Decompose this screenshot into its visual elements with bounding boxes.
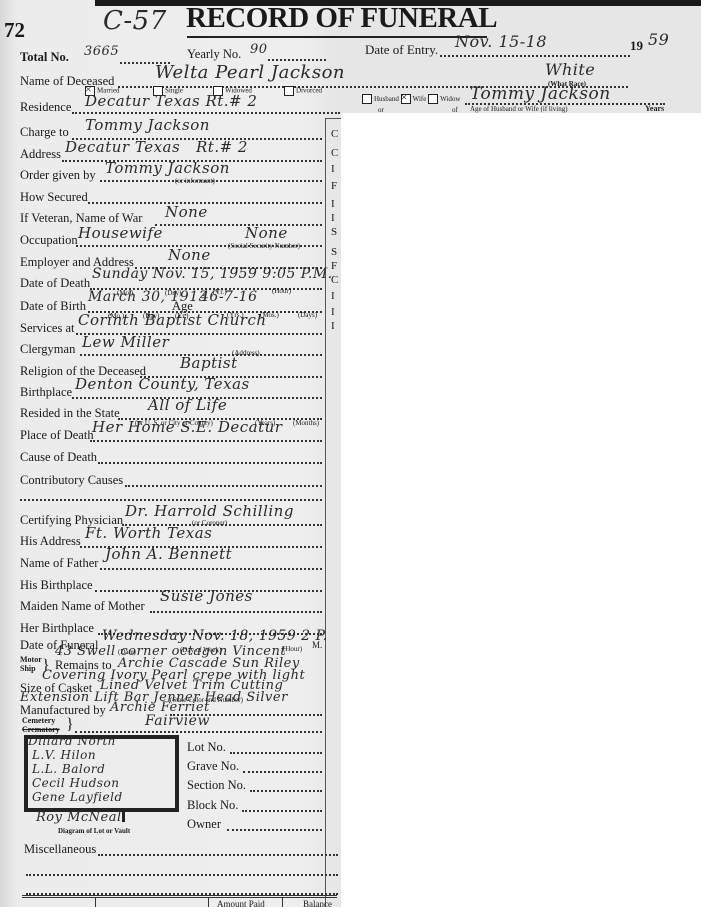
field-label: Birthplace bbox=[20, 385, 72, 400]
right-column-letter: C bbox=[331, 147, 338, 159]
field-value: Corinth Baptist Church bbox=[78, 311, 267, 329]
field-value: None bbox=[165, 203, 208, 221]
page-number: 72 bbox=[4, 18, 25, 43]
field-label: Her Birthplace bbox=[20, 621, 94, 636]
balance-label: Balance bbox=[303, 899, 332, 907]
cemetery-label: Cemetery bbox=[22, 716, 55, 725]
dot-leader bbox=[440, 53, 630, 57]
brace: } bbox=[66, 716, 74, 734]
field-value: John A. Bennett bbox=[105, 545, 232, 563]
residence-label: Residence bbox=[20, 100, 71, 115]
field-label: His Address bbox=[20, 534, 81, 549]
column-divider-top bbox=[325, 118, 341, 119]
field-value: Dr. Harrold Schilling bbox=[125, 502, 294, 520]
cemetery-value: Fairview bbox=[145, 713, 210, 729]
checkbox-widow[interactable]: Widow bbox=[428, 95, 460, 103]
field-label: Cause of Death bbox=[20, 450, 97, 465]
yearly-no-value: 90 bbox=[250, 42, 268, 57]
field-label: Lot No. bbox=[187, 740, 226, 755]
field-sub: (Months) bbox=[293, 419, 319, 427]
meridiem-label: M. bbox=[312, 640, 322, 650]
date-of-entry-value: Nov. 15-18 bbox=[455, 32, 547, 51]
dot-leader bbox=[250, 788, 322, 792]
dot-leader bbox=[20, 497, 322, 501]
age-value: 46-7-16 bbox=[200, 289, 258, 305]
field-value: Wednesday Nov. 18, 1959 2 P. bbox=[102, 628, 328, 644]
total-no-label: Total No. bbox=[20, 50, 69, 65]
right-column-letter: I bbox=[331, 212, 335, 224]
field-label: Date of Death bbox=[20, 276, 90, 291]
footer-rule bbox=[22, 895, 337, 896]
total-no-value: 3665 bbox=[84, 44, 119, 59]
checkbox-husband[interactable]: Husband bbox=[362, 95, 399, 103]
field-label: How Secured bbox=[20, 190, 88, 205]
checkbox-label: Husband bbox=[374, 95, 399, 103]
field-value: Denton County, Texas bbox=[75, 375, 250, 393]
field-sub: (Hour) bbox=[272, 287, 291, 295]
dot-leader bbox=[125, 483, 322, 487]
footer-divider bbox=[282, 898, 283, 907]
title-underline bbox=[187, 36, 487, 38]
field-value: Her Home S.E. Decatur bbox=[92, 418, 282, 436]
field-value: Ft. Worth Texas bbox=[85, 524, 212, 542]
dot-leader bbox=[90, 438, 322, 442]
right-column-letter: I bbox=[331, 163, 335, 175]
right-column-letter: I bbox=[331, 290, 335, 302]
footer-divider bbox=[95, 898, 96, 907]
field-label: Charge to bbox=[20, 125, 69, 140]
diagram-name: Roy McNeal bbox=[36, 810, 122, 825]
column-divider bbox=[325, 118, 326, 907]
crematory-label-struck: Crematory bbox=[22, 725, 60, 734]
diagram-stub bbox=[122, 808, 125, 822]
right-column-letter: I bbox=[331, 306, 335, 318]
field-value: Tommy Jackson bbox=[85, 116, 210, 134]
spouse-relation-group: Husband Wife Widow bbox=[362, 94, 460, 104]
dot-leader bbox=[26, 872, 338, 876]
year-prefix: 19 bbox=[630, 38, 643, 54]
field-label: Block No. bbox=[187, 798, 238, 813]
field-label: Occupation bbox=[20, 233, 78, 248]
yearly-no-label: Yearly No. bbox=[187, 47, 241, 62]
diagram-name: Gene Layfield bbox=[32, 790, 123, 804]
field-value: Tommy Jackson bbox=[105, 159, 230, 177]
field-label: Services at bbox=[20, 321, 75, 336]
right-column-letter: I bbox=[331, 198, 335, 210]
diagram-name: Dillard North bbox=[28, 734, 116, 748]
field-label: Date of Birth bbox=[20, 299, 86, 314]
checkbox-label: Widow bbox=[440, 95, 460, 103]
dot-leader bbox=[100, 566, 322, 570]
dot-leader bbox=[75, 729, 322, 733]
year-suffix: 59 bbox=[648, 30, 669, 49]
dot-leader bbox=[268, 57, 326, 61]
field-sub: (Days) bbox=[298, 311, 317, 319]
field-value: Decatur Texas Rt.# 2 bbox=[65, 138, 248, 156]
dot-leader bbox=[243, 769, 322, 773]
deceased-name-value: Welta Pearl Jackson bbox=[155, 62, 345, 83]
dot-leader bbox=[242, 808, 322, 812]
field-value: Lew Miller bbox=[82, 333, 169, 351]
field-label: Contributory Causes bbox=[20, 473, 123, 488]
checkbox-label: Divorced bbox=[296, 87, 322, 95]
right-column-letter: C bbox=[331, 128, 338, 140]
field-label: Order given by bbox=[20, 168, 96, 183]
footer-divider bbox=[208, 898, 209, 907]
field-label: His Birthplace bbox=[20, 578, 93, 593]
funeral-record-page: 72 C-57 RECORD OF FUNERAL Total No. 3665… bbox=[0, 0, 701, 907]
social-security-value: None bbox=[245, 224, 288, 242]
checkbox-label: Wife bbox=[413, 95, 427, 103]
race-value: White bbox=[545, 60, 595, 79]
field-value: Susie Jones bbox=[160, 587, 253, 605]
file-code: C-57 bbox=[103, 6, 167, 36]
field-value: Housewife bbox=[78, 224, 163, 242]
field-label: Address bbox=[20, 147, 61, 162]
field-label: Section No. bbox=[187, 778, 246, 793]
field-value: Baptist bbox=[180, 354, 238, 372]
dot-leader bbox=[100, 178, 322, 182]
right-column-letter: S bbox=[331, 226, 337, 238]
dot-leader bbox=[98, 852, 338, 856]
motor-ship-label: Motor Ship bbox=[20, 655, 42, 673]
checkbox-divorced[interactable]: Divorced bbox=[284, 86, 322, 96]
dot-leader bbox=[227, 827, 322, 831]
right-column-letter: S bbox=[331, 246, 337, 258]
right-column-letter: F bbox=[331, 180, 337, 192]
field-value: None bbox=[168, 246, 211, 264]
checkbox-wife[interactable]: Wife bbox=[401, 95, 427, 103]
dot-leader bbox=[230, 750, 322, 754]
spouse-age-unit: Years bbox=[645, 104, 664, 113]
field-label: Grave No. bbox=[187, 759, 239, 774]
spouse-age-label: Age of Husband or Wife (if living) bbox=[470, 105, 568, 113]
diagram-name: L.V. Hilon bbox=[32, 748, 96, 762]
dot-leader bbox=[155, 222, 322, 226]
dot-leader bbox=[150, 609, 322, 613]
amount-paid-label: Amount Paid bbox=[217, 899, 265, 907]
dot-leader bbox=[98, 460, 322, 464]
redacted-area bbox=[341, 113, 701, 907]
residence-value: Decatur Texas Rt.# 2 bbox=[85, 92, 257, 110]
form-title: RECORD OF FUNERAL bbox=[186, 2, 497, 35]
date-of-entry-label: Date of Entry. bbox=[365, 42, 438, 58]
field-value: All of Life bbox=[148, 396, 227, 414]
right-column-letter: I bbox=[331, 320, 335, 332]
miscellaneous-label: Miscellaneous bbox=[24, 842, 96, 857]
footer-rule bbox=[22, 897, 337, 898]
diagram-name: L.L. Balord bbox=[32, 762, 105, 776]
field-label: Owner bbox=[187, 817, 221, 832]
field-label: Maiden Name of Mother bbox=[20, 599, 145, 614]
field-label: Clergyman bbox=[20, 342, 75, 357]
diagram-caption: Diagram of Lot or Vault bbox=[58, 827, 130, 835]
field-value: Sunday Nov. 15, 1959 9:05 P.M. bbox=[92, 266, 333, 282]
dot-leader bbox=[72, 110, 340, 114]
field-label: Place of Death bbox=[20, 428, 94, 443]
diagram-name: Cecil Hudson bbox=[32, 776, 119, 790]
field-label: Name of Father bbox=[20, 556, 98, 571]
